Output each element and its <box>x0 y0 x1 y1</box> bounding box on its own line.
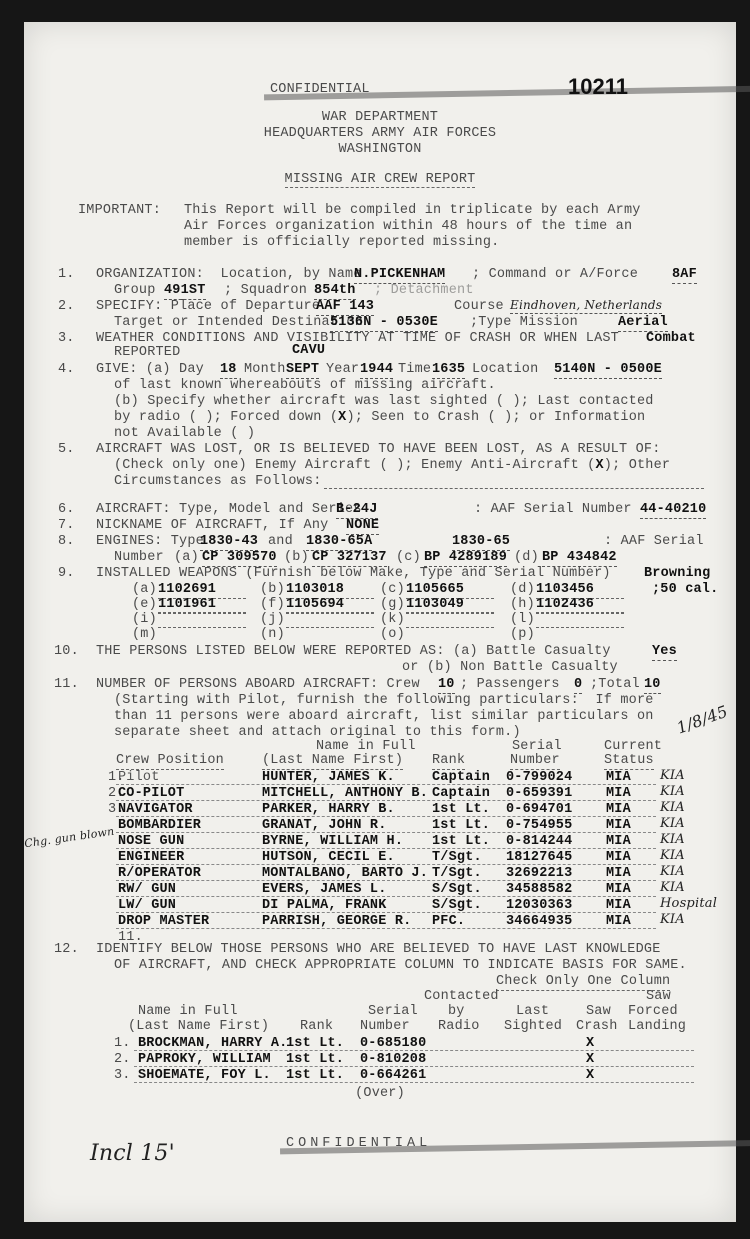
s2-mission-label: ;Type Mission <box>470 315 578 331</box>
crew-row-line <box>116 848 656 849</box>
w-col-forced-top2: Forced <box>628 1004 678 1020</box>
crew-row-line <box>116 896 656 897</box>
crew-row-line <box>116 816 656 817</box>
weapon-serial <box>286 627 374 628</box>
s6-type: B-24J <box>336 502 378 519</box>
witness-number: 3. <box>114 1068 131 1084</box>
s8-type3: 1830-65 <box>452 534 510 551</box>
s1-label: ORGANIZATION: Location, by Name <box>96 267 362 283</box>
w-col-forced-top1: Saw <box>646 989 671 1005</box>
s3-mission-cont: Combat <box>646 331 696 347</box>
s2-departure: AAF 143 <box>316 299 374 316</box>
s6-num: 6. <box>58 502 75 518</box>
s4-line4-b: ); Seen to Crash ( ); or Information <box>346 410 645 425</box>
crew-handwritten-note: KIA <box>660 880 685 896</box>
s11-crew: 10 <box>438 677 455 694</box>
s6-serial: 44-40210 <box>640 502 706 519</box>
s11-total-label: ;Total <box>590 677 640 693</box>
s8-number-label: Number <box>114 550 164 566</box>
s11-passengers: 0 <box>574 677 582 694</box>
s1-command: 8AF <box>672 267 697 284</box>
weapon-serial <box>158 627 246 628</box>
important-line3: member is officially reported missing. <box>184 235 499 251</box>
s9-label: INSTALLED WEAPONS (Furnish below Make, T… <box>96 566 611 582</box>
s4-line4: by radio ( ); Forced down (X); Seen to C… <box>114 410 645 426</box>
classification-bottom: CONFIDENTIAL <box>286 1136 750 1152</box>
weapon-letter: (i) <box>132 612 157 628</box>
s8-and: and <box>268 534 293 550</box>
s12-check-one: Check Only One Column <box>496 974 670 991</box>
weapon-letter: (f) <box>260 597 285 613</box>
s8-serial-label: : AAF Serial <box>604 534 704 550</box>
s5-line2-b: ); Other <box>604 458 670 473</box>
s2-label: SPECIFY: Place of Departure <box>96 299 320 315</box>
s7-nickname: NONE <box>346 518 379 535</box>
engine-letter: (d) <box>514 550 539 566</box>
crew-handwritten-note: KIA <box>660 848 685 864</box>
s1-num: 1. <box>58 267 75 283</box>
weapon-serial <box>158 612 246 613</box>
crew-handwritten-note: KIA <box>660 816 685 832</box>
weapon-letter: (m) <box>132 627 157 643</box>
s5-line2: (Check only one) Enemy Aircraft ( ); Ene… <box>114 458 670 474</box>
s4-num: 4. <box>58 362 75 378</box>
w-col-sighted: Sighted <box>504 1019 562 1035</box>
over-note: (Over) <box>24 1086 736 1102</box>
s4-label: GIVE: (a) Day <box>96 362 204 378</box>
w-col-serial: Number <box>360 1019 410 1035</box>
s2-target-label: Target or Intended Destination <box>114 315 363 331</box>
s4-month-label: Month <box>244 362 286 378</box>
witness-row-line <box>134 1082 694 1083</box>
s2-course: Eindhoven, Netherlands <box>510 297 662 314</box>
weapon-letter: (c) <box>380 582 405 598</box>
engine-letter: (c) <box>396 550 421 566</box>
s11-total: 10 <box>644 677 661 694</box>
s1-location: N.PICKENHAM <box>354 267 445 284</box>
w-col-crash: Crash <box>576 1019 618 1035</box>
dept-line3: WASHINGTON <box>24 142 736 158</box>
crew-row-line <box>116 912 656 913</box>
s9-caliber: ;50 cal. <box>652 582 718 598</box>
s8-num: 8. <box>58 534 75 550</box>
s1-squadron-label: ; Squadron <box>224 283 307 299</box>
s11-passengers-label: ; Passengers <box>460 677 560 693</box>
weapon-serial <box>536 627 624 628</box>
s4-location: 5140N - 0500E <box>554 362 662 379</box>
s10-label: THE PERSONS LISTED BELOW WERE REPORTED A… <box>96 644 611 660</box>
s4-year: 1944 <box>360 362 393 379</box>
s8-type2: 1830-65A <box>306 534 372 551</box>
w-col-sighted-top: Last <box>516 1004 549 1020</box>
s12-num: 12. <box>54 942 79 958</box>
s2-num: 2. <box>58 299 75 315</box>
weapon-serial <box>286 612 374 613</box>
crew-row-line <box>116 784 656 785</box>
s4-location-label: Location <box>472 362 538 378</box>
weapon-letter: (o) <box>380 627 405 643</box>
s1-group-label: Group <box>114 283 156 299</box>
s9-num: 9. <box>58 566 75 582</box>
weapon-serial <box>406 627 494 628</box>
s4-time: 1635 <box>432 362 465 379</box>
report-title: MISSING AIR CREW REPORT <box>24 172 736 188</box>
engine-serial: BP 4289189 <box>424 550 507 567</box>
engine-serial: CP 309570 <box>202 550 277 567</box>
important-line2: Air Forces organization within 48 hours … <box>184 219 632 235</box>
witness-number: 1. <box>114 1036 131 1052</box>
s10-num: 10. <box>54 644 79 660</box>
incl-note: Incl 15' <box>90 1146 175 1162</box>
s3-num: 3. <box>58 331 75 347</box>
weapon-letter: (k) <box>380 612 405 628</box>
w-col-crash-top: Saw <box>586 1004 611 1020</box>
crew-handwritten-note: KIA <box>660 784 685 800</box>
s7-label: NICKNAME OF AIRCRAFT, If Any <box>96 518 328 534</box>
s11-label: NUMBER OF PERSONS ABOARD AIRCRAFT: Crew <box>96 677 420 693</box>
s2-mission: Aerial <box>618 315 668 332</box>
witness-number: 2. <box>114 1052 131 1068</box>
doc-number: 10211 <box>568 74 628 100</box>
crew-handwritten-note: KIA <box>660 800 685 816</box>
crew-handwritten-note: KIA <box>660 768 685 784</box>
crew-row-line <box>116 832 656 833</box>
witness-row-line <box>134 1050 694 1051</box>
weapon-letter: (e) <box>132 597 157 613</box>
s11-num: 11. <box>54 677 79 693</box>
weapon-letter: (l) <box>510 612 535 628</box>
crew-row-line <box>116 800 656 801</box>
s5-line2-a: (Check only one) Enemy Aircraft ( ); Ene… <box>114 458 595 473</box>
crew-row-line <box>116 928 656 929</box>
w-col-contacted-mid: by <box>448 1004 465 1020</box>
col-position: Crew Position <box>116 753 224 770</box>
crew-row-line <box>116 864 656 865</box>
dept-line1: WAR DEPARTMENT <box>24 110 736 126</box>
s5-line1: AIRCRAFT WAS LOST, OR IS BELIEVED TO HAV… <box>96 442 661 458</box>
s4-year-label: Year <box>326 362 359 378</box>
s4-line2: of last known whereabouts of missing air… <box>114 378 496 394</box>
left-margin-note: Chg. gun blown <box>23 824 115 852</box>
important-line1: This Report will be compiled in triplica… <box>184 203 641 219</box>
col-status: Status <box>604 753 654 770</box>
w-col-name-top: Name in Full <box>138 1004 238 1020</box>
s10-label2: or (b) Non Battle Casualty <box>402 660 618 676</box>
s4-line4-a: by radio ( ); Forced down ( <box>114 410 338 425</box>
w-col-rank: Rank <box>300 1019 333 1035</box>
s4-month: SEPT <box>286 362 319 379</box>
engine-serial: BP 434842 <box>542 550 617 567</box>
report-title-text: MISSING AIR CREW REPORT <box>285 172 476 188</box>
s3-label2: REPORTED <box>114 345 180 361</box>
s12-line2: OF AIRCRAFT, AND CHECK APPROPRIATE COLUM… <box>114 958 687 974</box>
classification-top: CONFIDENTIAL <box>270 82 750 98</box>
s2-target: 5136N - 0530E <box>330 315 438 332</box>
crew-handwritten-note: KIA <box>660 864 685 880</box>
s12-line1: IDENTIFY BELOW THOSE PERSONS WHO ARE BEL… <box>96 942 661 958</box>
crew-handwritten-note: Hospital <box>660 896 717 912</box>
weapon-serial <box>536 612 624 613</box>
s11-instr1: (Starting with Pilot, furnish the follow… <box>114 693 654 709</box>
s1-squadron: 854th <box>314 283 356 300</box>
s9-make: Browning <box>644 566 710 582</box>
engine-serial: CP 327137 <box>312 550 387 567</box>
weapon-letter: (j) <box>260 612 285 628</box>
s5-blank-line <box>324 488 704 489</box>
weapon-serial <box>406 612 494 613</box>
s8-type1: 1830-43 <box>200 534 258 551</box>
s4-day: 18 <box>220 362 237 379</box>
s3-weather: CAVU <box>292 343 325 359</box>
important-label: IMPORTANT: <box>78 203 161 219</box>
s10-battle: Yes <box>652 644 677 661</box>
weapon-letter: (h) <box>510 597 535 613</box>
col-serial: Number <box>510 753 560 770</box>
w-col-contacted: Radio <box>438 1019 480 1035</box>
s5-line3: Circumstances as Follows: <box>114 474 322 490</box>
weapon-letter: (a) <box>132 582 157 598</box>
w-col-forced: Landing <box>628 1019 686 1035</box>
s7-num: 7. <box>58 518 75 534</box>
w-col-serial-top: Serial <box>368 1004 418 1020</box>
s1-detachment-label: ; Detachment <box>374 283 474 299</box>
crew-handwritten-note: KIA <box>660 912 685 928</box>
s4-line5: not Available ( ) <box>114 426 255 442</box>
witness-row-line <box>134 1066 694 1067</box>
weapon-letter: (b) <box>260 582 285 598</box>
s6-serial-label: : AAF Serial Number <box>474 502 632 518</box>
engine-letter: (a) <box>174 550 199 566</box>
col-rank: Rank <box>432 753 465 770</box>
weapon-letter: (n) <box>260 627 285 643</box>
s4-line3: (b) Specify whether aircraft was last si… <box>114 394 654 410</box>
s11-instr2: than 11 persons were aboard aircraft, li… <box>114 709 654 725</box>
crew-handwritten-note: KIA <box>660 832 685 848</box>
s4-time-label: Time <box>398 362 431 378</box>
s1-group: 491ST <box>164 283 206 300</box>
s6-label: AIRCRAFT: Type, Model and Series <box>96 502 362 518</box>
document-page: CONFIDENTIAL 10211 WAR DEPARTMENT HEADQU… <box>24 22 736 1222</box>
crew-row-line <box>116 880 656 881</box>
s5-num: 5. <box>58 442 75 458</box>
anti-aircraft-mark: X <box>595 458 603 473</box>
w-col-contacted-top: Contacted <box>424 989 499 1005</box>
s2-course-label: Course <box>454 299 504 315</box>
w-col-name: (Last Name First) <box>128 1019 269 1035</box>
s1-command-label: ; Command or A/Force <box>472 267 638 283</box>
weapon-letter: (p) <box>510 627 535 643</box>
dept-line2: HEADQUARTERS ARMY AIR FORCES <box>24 126 736 142</box>
weapon-letter: (g) <box>380 597 405 613</box>
s8-label: ENGINES: Type <box>96 534 204 550</box>
weapon-letter: (d) <box>510 582 535 598</box>
margin-date-note: 1/8/45 <box>675 703 730 736</box>
col-name: (Last Name First) <box>262 753 403 770</box>
engine-letter: (b) <box>284 550 309 566</box>
